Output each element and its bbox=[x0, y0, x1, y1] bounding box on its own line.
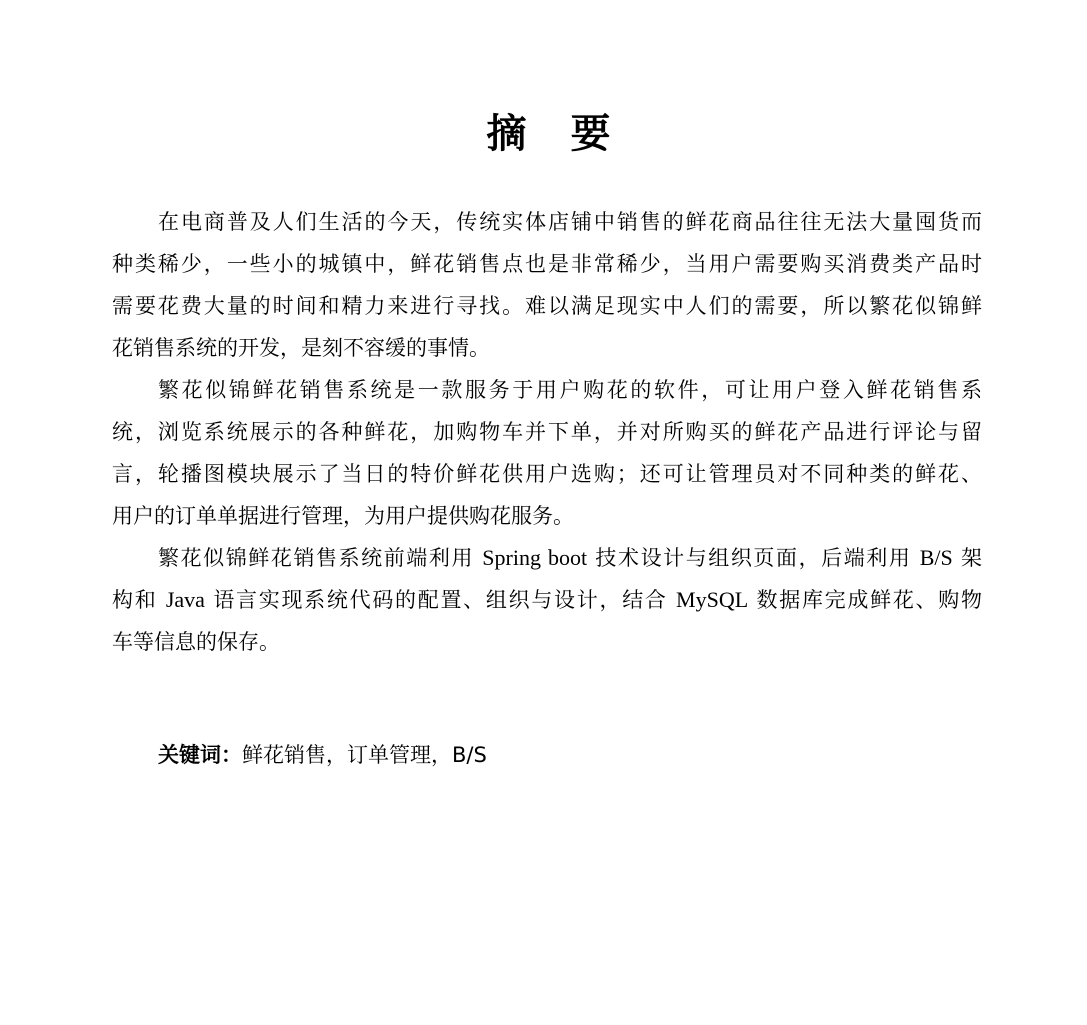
tech-term-java: Java bbox=[166, 587, 205, 612]
text-line: 繁花似锦鲜花销售系统是一款服务于用户购花的软件，可让用户登入鲜花销售系 bbox=[112, 369, 982, 411]
text-line: 用户的订单单据进行管理，为用户提供购花服务。 bbox=[112, 495, 982, 537]
paragraph: 繁花似锦鲜花销售系统前端利用 Spring boot 技术设计与组织页面，后端利… bbox=[112, 537, 982, 663]
text-segment: 技术设计与组织页面，后端利用 bbox=[587, 546, 920, 570]
text-line: 在电商普及人们生活的今天，传统实体店铺中销售的鲜花商品往往无法大量囤货而 bbox=[112, 201, 982, 243]
text-line: 统，浏览系统展示的各种鲜花，加购物车并下单，并对所购买的鲜花产品进行评论与留 bbox=[112, 411, 982, 453]
text-line: 繁花似锦鲜花销售系统前端利用 Spring boot 技术设计与组织页面，后端利… bbox=[112, 537, 982, 579]
text-line: 车等信息的保存。 bbox=[112, 621, 982, 663]
text-segment: 数据库完成鲜花、购物 bbox=[748, 588, 982, 612]
text-segment: 架 bbox=[953, 546, 982, 570]
keywords-value: 鲜花销售，订单管理，B/S bbox=[242, 743, 487, 767]
abstract-body: 在电商普及人们生活的今天，传统实体店铺中销售的鲜花商品往往无法大量囤货而 种类稀… bbox=[112, 201, 982, 663]
text-segment: 语言实现系统代码的配置、组织与设计，结合 bbox=[205, 588, 676, 612]
text-line: 构和 Java 语言实现系统代码的配置、组织与设计，结合 MySQL 数据库完成… bbox=[112, 579, 982, 621]
text-line: 种类稀少，一些小的城镇中，鲜花销售点也是非常稀少，当用户需要购买消费类产品时 bbox=[112, 243, 982, 285]
text-line: 言，轮播图模块展示了当日的特价鲜花供用户选购；还可让管理员对不同种类的鲜花、 bbox=[112, 453, 982, 495]
abstract-title: 摘要 bbox=[0, 108, 1087, 160]
keywords-label: 关键词： bbox=[158, 743, 242, 767]
text-line: 花销售系统的开发，是刻不容缓的事情。 bbox=[112, 327, 982, 369]
tech-term-spring-boot: Spring boot bbox=[482, 545, 587, 570]
text-line: 需要花费大量的时间和精力来进行寻找。难以满足现实中人们的需要，所以繁花似锦鲜 bbox=[112, 285, 982, 327]
paragraph: 在电商普及人们生活的今天，传统实体店铺中销售的鲜花商品往往无法大量囤货而 种类稀… bbox=[112, 201, 982, 369]
document-page: 摘要 在电商普及人们生活的今天，传统实体店铺中销售的鲜花商品往往无法大量囤货而 … bbox=[0, 0, 1087, 1025]
tech-term-bs: B/S bbox=[920, 545, 953, 570]
text-segment: 繁花似锦鲜花销售系统前端利用 bbox=[158, 546, 482, 570]
paragraph: 繁花似锦鲜花销售系统是一款服务于用户购花的软件，可让用户登入鲜花销售系 统，浏览… bbox=[112, 369, 982, 537]
title-char: 要 bbox=[571, 108, 611, 160]
tech-term-mysql: MySQL bbox=[676, 587, 748, 612]
keywords-line: 关键词：鲜花销售，订单管理，B/S bbox=[158, 734, 487, 776]
title-char: 摘 bbox=[487, 108, 527, 160]
text-segment: 构和 bbox=[112, 588, 166, 612]
